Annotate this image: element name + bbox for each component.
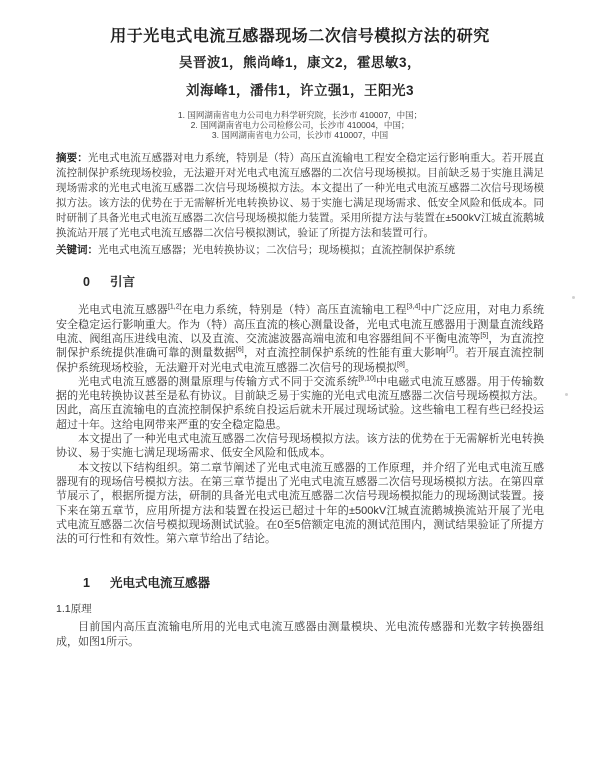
affiliations-block: 1. 国网湖南省电力公司电力科学研究院，长沙市 410007，中国； 2. 国网… [56,111,544,140]
abstract-paragraph: 摘要：光电式电流互感器对电力系统，特别是（特）高压直流输电工程安全稳定运行影响重… [56,151,544,241]
abstract-label: 摘要： [56,152,88,164]
intro-paragraph-3: 本文提出了一种光电式电流互感器二次信号现场模拟方法。该方法的优势在于无需解析光电… [56,432,544,461]
keywords-text: 光电式电流互感器；光电转换协议；二次信号；现场模拟；直流控制保护系统 [98,244,455,256]
section-1-paragraph-1: 目前国内高压直流输电所用的光电式电流互感器由测量模块、光电流传感器和光数字转换器… [56,620,544,649]
keywords-line: 关键词：光电式电流互感器；光电转换协议；二次信号；现场模拟；直流控制保护系统 [56,243,544,258]
abstract-text: 光电式电流互感器对电力系统，特别是（特）高压直流输电工程安全稳定运行影响重大。若… [56,152,544,239]
section-1-title: 光电式电流互感器 [110,576,210,590]
authors-line-1: 吴晋波1，熊尚峰1，康文2，霍思敏3， [56,55,544,71]
intro-paragraph-1: 光电式电流互感器[1,2]在电力系统，特别是（特）高压直流输电工程[3,4]中广… [56,303,544,374]
intro-paragraph-4: 本文按以下结构组织。第二章节阐述了光电式电流互感器的工作原理，并介绍了光电式电流… [56,461,544,547]
section-0-number: 0 [83,275,110,290]
keywords-label: 关键词： [56,244,98,256]
authors-line-2: 刘海峰1，潘伟1，许立强1，王阳光3 [56,83,544,99]
section-1-heading: 1光电式电流互感器 [56,576,544,591]
paper-title: 用于光电式电流互感器现场二次信号模拟方法的研究 [56,27,544,46]
section-0-heading: 0引言 [56,275,544,290]
scan-speck [565,393,568,396]
section-0-title: 引言 [110,275,135,289]
subsection-1-1-heading: 1.1原理 [56,602,544,616]
paper-page: 用于光电式电流互感器现场二次信号模拟方法的研究 吴晋波1，熊尚峰1，康文2，霍思… [0,0,600,769]
scan-speck [572,296,575,299]
affiliation-3: 3. 国网湖南省电力公司，长沙市 410007，中国 [56,131,544,141]
section-1-number: 1 [83,576,110,591]
intro-paragraph-2: 光电式电流互感器的测量原理与传输方式不同于交流系统[9,10]中电磁式电流互感器… [56,375,544,432]
